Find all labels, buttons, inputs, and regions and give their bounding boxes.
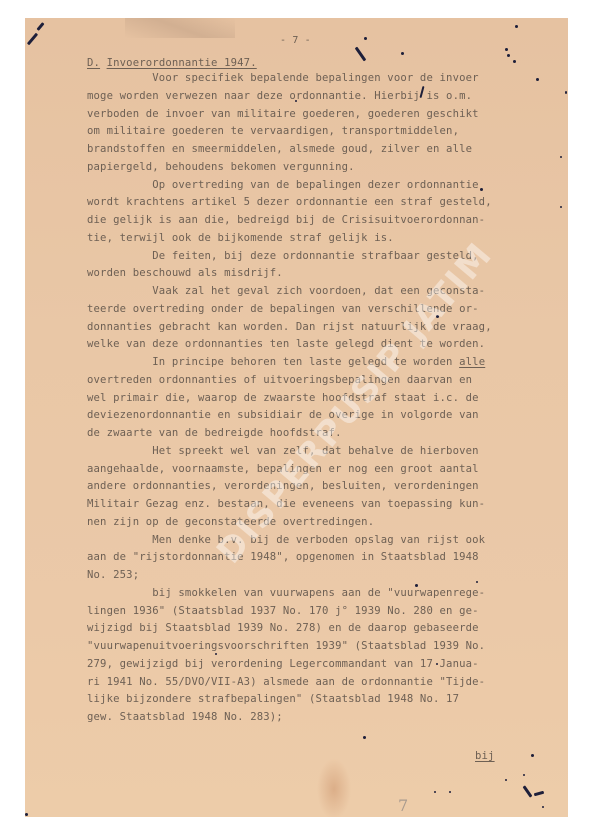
text-line: aan de "rijstordonnantie 1948", opgenome… <box>87 552 479 563</box>
text-line: lijke bijzondere strafbepalingen" (Staat… <box>87 694 459 705</box>
text-line: die gelijk is aan die, bedreigd bij de C… <box>87 215 485 226</box>
text-line: bij smokkelen van vuurwapens aan de "vuu… <box>87 588 485 599</box>
text-line: papiergeld, behoudens bekomen vergunning… <box>87 162 355 173</box>
text-line: 279, gewijzigd bij verordening Legercomm… <box>87 659 479 670</box>
document-page: - 7 - D. Invoerordonnantie 1947. Voor sp… <box>25 18 568 817</box>
text-line: moge worden verwezen naar deze ordonnant… <box>87 91 472 102</box>
text-line: om militaire goederen te vervaardigen, t… <box>87 126 459 137</box>
text-line: Op overtreding van de bepalingen dezer o… <box>87 180 479 191</box>
text-line: overtreden ordonnanties of uitvoeringsbe… <box>87 375 472 386</box>
text-line: wel primair die, waarop de zwaarste hoof… <box>87 393 479 404</box>
text-line: verboden de invoer van militaire goedere… <box>87 109 479 120</box>
text-line: Men denke b.v. bij de verboden opslag va… <box>87 535 485 546</box>
text-line: In principe behoren ten laste gelegd te … <box>87 357 485 368</box>
text-line: wordt krachtens artikel 5 dezer ordonnan… <box>87 197 492 208</box>
text-line: deviezenordonnantie en subsidiair de ove… <box>87 410 479 421</box>
text-line: "vuurwapenuitvoeringsvoorschriften 1939"… <box>87 641 485 652</box>
text-line: Voor specifiek bepalende bepalingen voor… <box>87 73 479 84</box>
text-line: tie, terwijl ook de bijkomende straf gel… <box>87 233 394 244</box>
section-title: Invoerordonnantie 1947. <box>107 57 257 69</box>
catchword: bij <box>475 750 495 762</box>
text-line: brandstoffen en smeermiddelen, alsmede g… <box>87 144 472 155</box>
text-line: De feiten, bij deze ordonnantie strafbaa… <box>87 251 479 262</box>
text-line: No. 253; <box>87 570 139 581</box>
typewritten-text: - 7 - D. Invoerordonnantie 1947. Voor sp… <box>25 18 568 817</box>
text-line: gew. Staatsblad 1948 No. 283); <box>87 712 283 723</box>
text-line: lingen 1936" (Staatsblad 1937 No. 170 j°… <box>87 606 479 617</box>
section-heading: D. Invoerordonnantie 1947. <box>87 57 257 69</box>
underlined-word: alle <box>459 356 485 368</box>
page-number: - 7 - <box>280 35 311 46</box>
text-line: wijzigd bij Staatsblad 1939 No. 278) en … <box>87 623 479 634</box>
section-label: D. <box>87 57 100 69</box>
text-line: worden beschouwd als misdrijf. <box>87 268 283 279</box>
text-line: ri 1941 No. 55/DVO/VII-A3) alsmede aan d… <box>87 677 485 688</box>
pencil-annotation: 7 <box>398 796 408 815</box>
text-line: Het spreekt wel van zelf, dat behalve de… <box>87 446 479 457</box>
